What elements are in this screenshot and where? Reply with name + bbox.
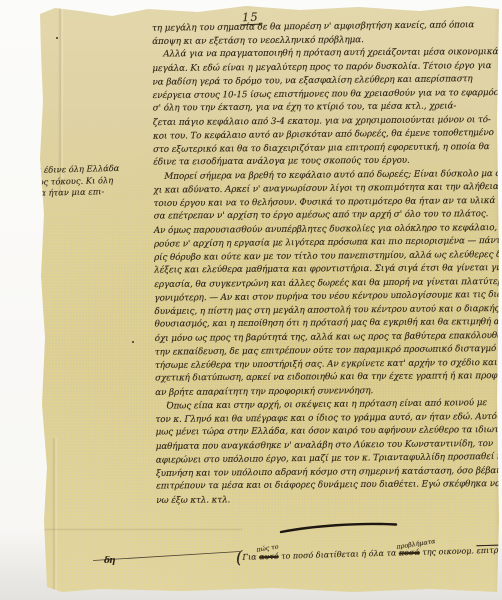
ink-speck [132, 341, 134, 343]
manuscript-page: 15 Γιατί θα έδινε όλη Ελλάδαμόνο τους τό… [0, 0, 502, 600]
annotation-edit-1: πώς τοαυτό [259, 552, 279, 563]
handwritten-line: Αλλά για να πραγματοποιηθή η πρόταση αυτ… [152, 46, 502, 62]
handwritten-line: λέξεις και ελεύθερα μαθήματα και φροντισ… [154, 262, 502, 278]
handwritten-line: σχετική διατύπωση, αρκεί να ειδοποιηθώ κ… [155, 370, 502, 386]
footer-initials: δη [104, 556, 115, 566]
handwritten-line: θουσιασμός, και η πεποίθηση ότι η πρότασ… [155, 316, 502, 332]
handwritten-line: σα επέτρεπαν ν' αρχίση το έργο αμέσως απ… [154, 208, 502, 224]
handwritten-line: επιτρέπουν τα μέσα και οι διάφορες δυνάμ… [156, 478, 502, 494]
ink-speck [56, 37, 58, 39]
handwritten-line: σ' όλη του την έκταση, για να έχη το κτί… [153, 100, 502, 116]
paper-crease-bottom [52, 438, 58, 590]
scanned-letter-photo: 15 Γιατί θα έδινε όλη Ελλάδαμόνο τους τό… [0, 0, 502, 600]
annotation-overlined-word: επιτροπής [476, 545, 502, 555]
annotation-edit-2: προβλήματαποσά [399, 548, 420, 559]
handwritten-line: μως μένει τώρα στην Ελλάδα, και όσον και… [156, 424, 502, 440]
handwritten-line: έδινε τα εισοδήματα ανάλογα με τους σκοπ… [153, 154, 502, 170]
letter-body: τη μεγάλη του σημασία δε θα μπορέση ν' α… [152, 19, 502, 508]
ink-speck [9, 150, 11, 152]
paper-crease-horizontal [42, 528, 242, 531]
margin-note: Γιατί θα έδινε όλη Ελλάδαμόνο τους τόκου… [5, 162, 140, 212]
closing-pen-stroke [278, 519, 400, 535]
annotation-mid: το ποσό διατίθεται ή όλα τα [279, 548, 400, 560]
